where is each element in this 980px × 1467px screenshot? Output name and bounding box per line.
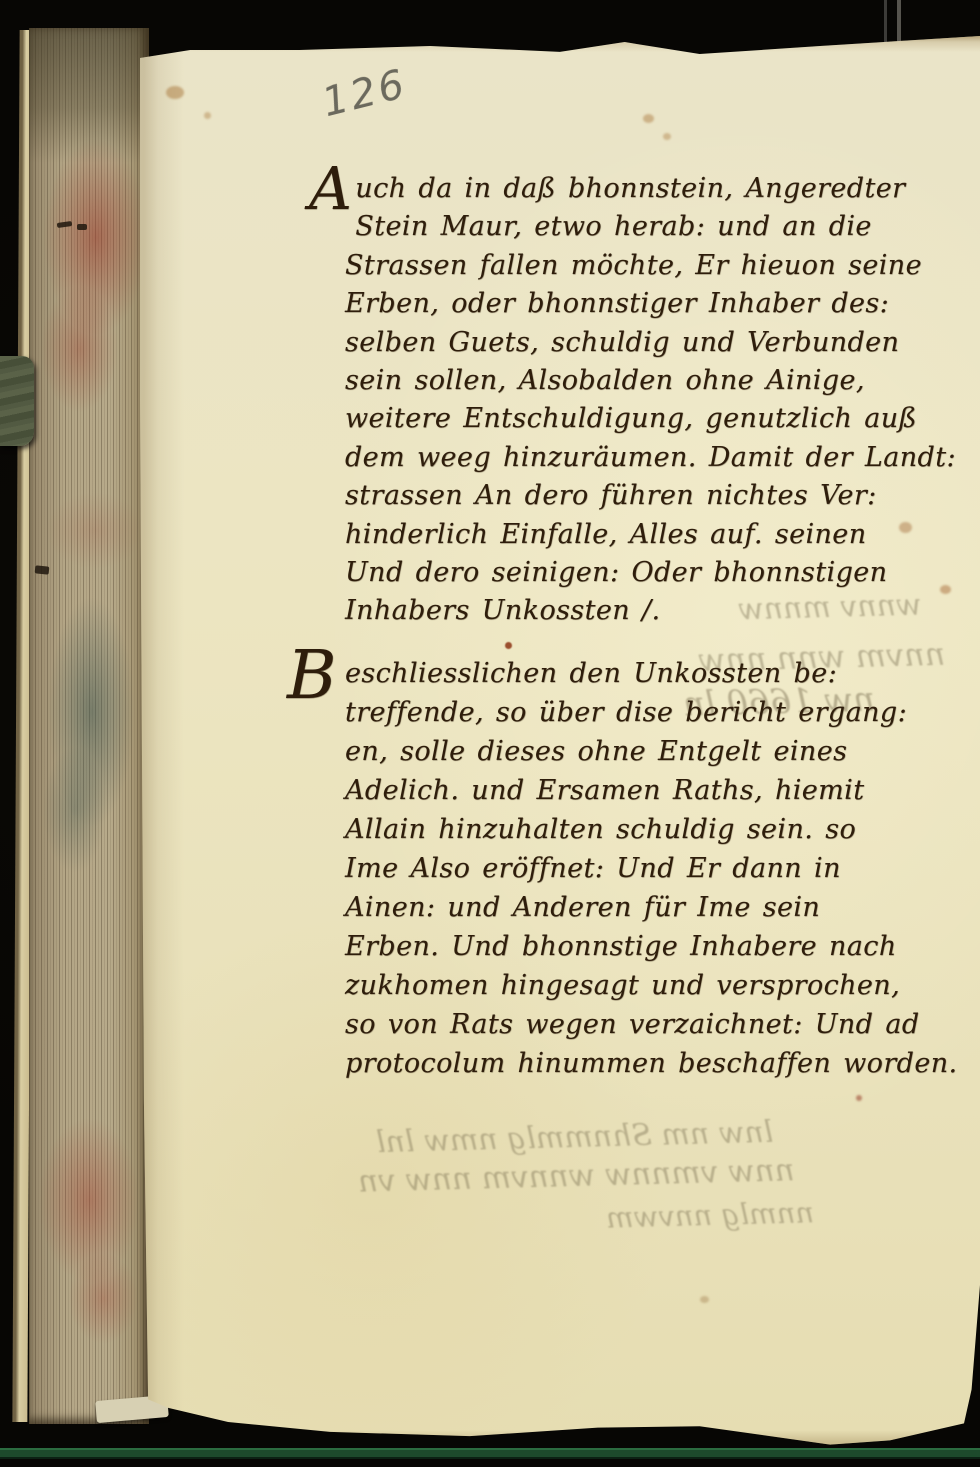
manuscript-line: Stein Maur, etwo herab: und an die — [345, 208, 893, 246]
manuscript-line: protocolum hinummen beschaffen worden. — [345, 1044, 893, 1083]
foxing-spot — [204, 112, 211, 119]
edge-ink-mark — [57, 221, 73, 228]
foxing-spot — [166, 86, 184, 99]
manuscript-paragraph-2: Beschliesslichen den Unkossten be: treff… — [345, 654, 893, 1083]
manuscript-line: treffende, so über dise bericht ergang: — [345, 693, 893, 732]
manuscript-line: Auch da in daß bhonnstein, Angeredter — [345, 170, 893, 208]
manuscript-paragraph-1: Auch da in daß bhonnstein, Angeredter St… — [345, 170, 893, 631]
show-through-line: nnmlg nnvwm — [606, 1195, 815, 1234]
manuscript-line: Adelich. und Ersamen Raths, hiemit — [345, 771, 893, 810]
stand-rod-icon — [884, 0, 887, 42]
foxing-spot — [663, 133, 671, 140]
manuscript-line: Beschliesslichen den Unkossten be: — [345, 654, 893, 693]
manuscript-line: Erben. Und bhonnstige Inhabere nach — [345, 927, 893, 966]
ink-speck — [424, 35, 430, 41]
foxing-spot — [856, 1095, 862, 1101]
manuscript-line: Ime Also eröffnet: Und Er dann in — [345, 849, 893, 888]
manuscript-line: sein sollen, Alsobalden ohne Ainige, — [345, 362, 893, 400]
manuscript-line: weitere Entschuldigung, genutzlich auß — [345, 400, 893, 438]
edge-ink-mark — [35, 565, 50, 574]
show-through-line: nnw vmnnw wnnvm nnw vn — [358, 1152, 795, 1199]
manuscript-line: en, solle dieses ohne Entgelt eines — [345, 732, 893, 771]
foxing-spot — [899, 522, 912, 533]
edge-ink-mark — [77, 224, 87, 230]
folio-number: 126 — [318, 60, 416, 126]
manuscript-line: Inhabers Unkossten /. — [345, 592, 893, 630]
photo-background: 126 wnnv mnnw nnvm wnn nnw nw 1660 ln ln… — [0, 0, 980, 1467]
baseboard-stripe — [0, 1448, 980, 1459]
manuscript-line: Allain hinzuhalten schuldig sein. so — [345, 810, 893, 849]
manuscript-line: Ainen: und Anderen für Ime sein — [345, 888, 893, 927]
manuscript-line: hinderlich Einfalle, Alles auf. seinen — [345, 516, 893, 554]
manuscript-line: zukhomen hingesagt und versprochen, — [345, 966, 893, 1005]
book-fore-edge — [29, 28, 149, 1424]
manuscript-line: selben Guets, schuldig und Verbunden — [345, 324, 893, 362]
manuscript-line: so von Rats wegen verzaichnet: Und ad — [345, 1005, 893, 1044]
manuscript-line: strassen An dero führen nichtes Ver: — [345, 477, 893, 515]
manuscript-line: Erben, oder bhonnstiger Inhaber des: — [345, 285, 893, 323]
foxing-spot — [700, 1296, 709, 1303]
manuscript-line: Und dero seinigen: Oder bhonnstigen — [345, 554, 893, 592]
foxing-spot — [940, 585, 951, 594]
stand-rod-icon — [897, 0, 901, 44]
red-ink-dot — [505, 642, 512, 649]
manuscript-line: Strassen fallen möchte, Er hieuon seine — [345, 247, 893, 285]
foxing-spot — [643, 114, 654, 123]
manuscript-line: dem weeg hinzuräumen. Damit der Landt: — [345, 439, 893, 477]
ribbon-tie — [0, 356, 34, 446]
